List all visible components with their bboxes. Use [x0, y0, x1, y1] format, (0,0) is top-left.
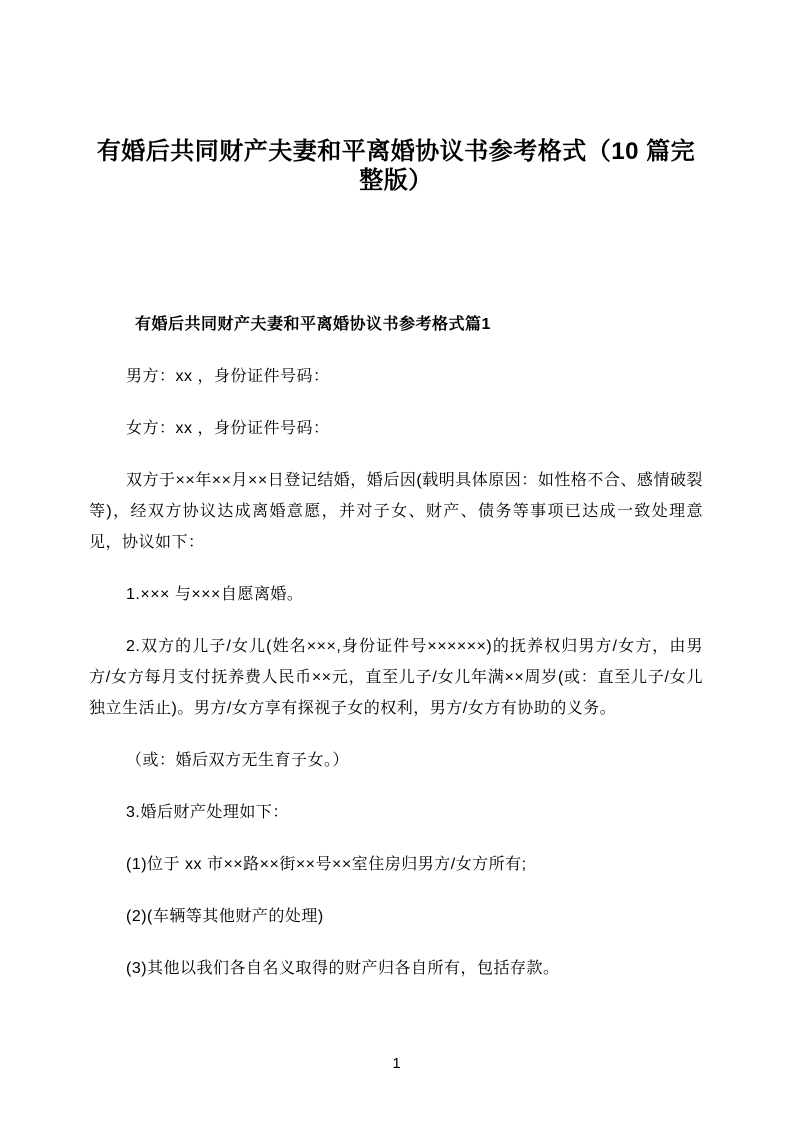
document-page: 有婚后共同财产夫妻和平离婚协议书参考格式（10 篇完整版） 有婚后共同财产夫妻和… — [0, 0, 793, 1122]
paragraph-property-3-other: (3)其他以我们各自名义取得的财产归各自所有，包括存款。 — [89, 953, 703, 984]
paragraph-property-1-house: (1)位于 xx 市××路××街××号××室住房归男方/女方所有; — [89, 849, 703, 880]
paragraph-item-2-custody: 2.双方的儿子/女儿(姓名×××,身份证件号××××××)的抚养权归男方/女方，… — [89, 631, 703, 724]
document-title: 有婚后共同财产夫妻和平离婚协议书参考格式（10 篇完整版） — [96, 137, 696, 195]
paragraph-property-2-vehicle: (2)(车辆等其他财产的处理) — [89, 901, 703, 932]
section-heading: 有婚后共同财产夫妻和平离婚协议书参考格式篇1 — [89, 309, 703, 340]
paragraph-wife-id: 女方：xx ，身份证件号码： — [89, 413, 703, 444]
paragraph-marriage-background: 双方于××年××月××日登记结婚，婚后因(载明具体原因：如性格不合、感情破裂等)… — [89, 465, 703, 558]
paragraph-husband-id: 男方：xx ，身份证件号码： — [89, 361, 703, 392]
document-content: 有婚后共同财产夫妻和平离婚协议书参考格式（10 篇完整版） 有婚后共同财产夫妻和… — [89, 0, 703, 984]
paragraph-item-3-property: 3.婚后财产处理如下： — [89, 797, 703, 828]
paragraph-item-1-divorce: 1.××× 与×××自愿离婚。 — [89, 579, 703, 610]
page-number: 1 — [0, 1048, 793, 1079]
paragraph-no-children-note: （或：婚后双方无生育子女。） — [89, 745, 703, 776]
